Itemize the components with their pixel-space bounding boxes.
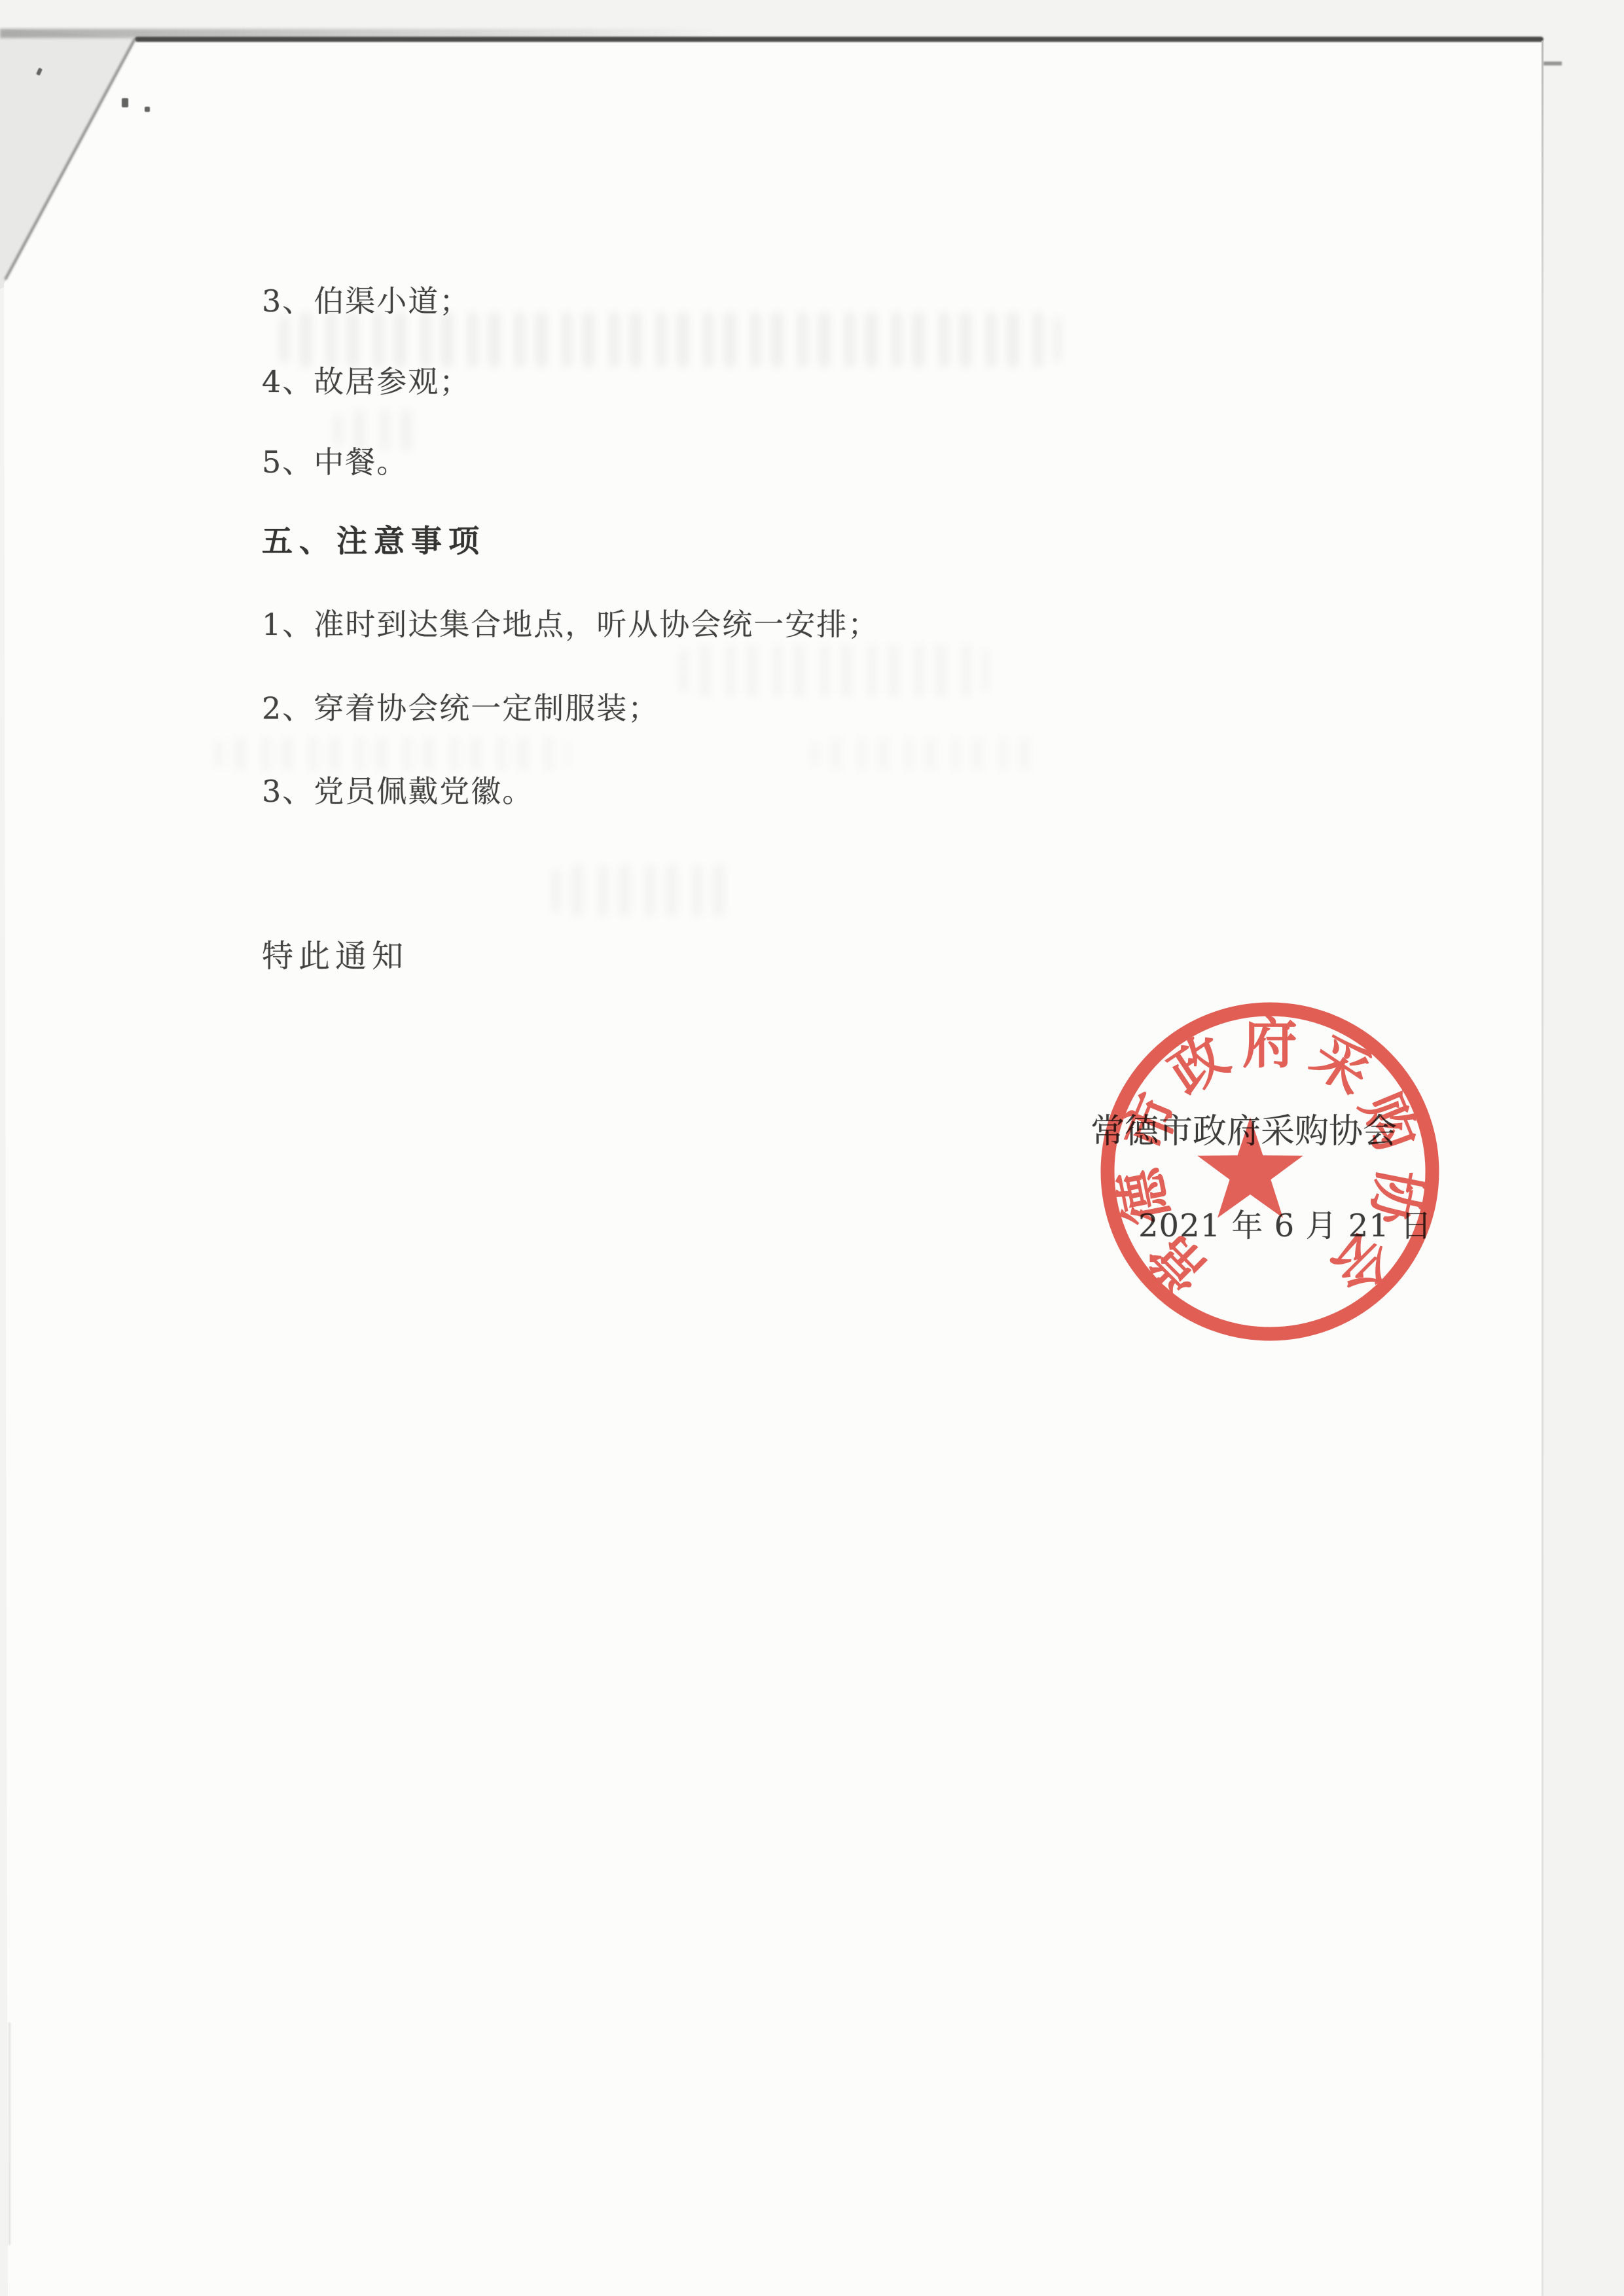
bleedthrough-artifact	[681, 645, 988, 697]
list-item-4: 4、故居参观；	[262, 358, 471, 401]
signature-organization: 常德市政府采购协会	[1091, 1103, 1397, 1153]
list-item-3: 3、伯渠小道；	[262, 278, 471, 321]
signature-date: 2021 年 6 月 21 日	[1138, 1200, 1432, 1246]
note-line-1: 1、准时到达集合地点，听从协会统一安排；	[262, 601, 879, 644]
scan-speck	[122, 98, 128, 107]
official-seal: 常德市政府采购协会	[1087, 985, 1453, 1358]
paper-right-edge	[1542, 41, 1543, 2296]
seal-arc-char: 府	[1242, 1011, 1297, 1075]
note-line-3: 3、党员佩戴党徽。	[262, 768, 533, 811]
bleedthrough-artifact	[553, 865, 736, 916]
closing-text: 特此通知	[262, 931, 408, 976]
list-item-5: 5、中餐。	[262, 439, 408, 482]
note-line-2: 2、穿着协会统一定制服装；	[262, 685, 659, 728]
scan-speck	[145, 107, 150, 112]
bleedthrough-artifact	[216, 737, 569, 771]
scan-artifact-dash	[1543, 62, 1562, 65]
paper-top-edge	[135, 37, 1543, 42]
paper-left-edge	[9, 2022, 10, 2245]
scanned-notice-document: 3、伯渠小道； 4、故居参观； 5、中餐。 五、注意事项 1、准时到达集合地点，…	[0, 0, 1624, 2296]
bleedthrough-artifact	[812, 737, 1047, 771]
section-heading: 五、注意事项	[262, 517, 486, 561]
